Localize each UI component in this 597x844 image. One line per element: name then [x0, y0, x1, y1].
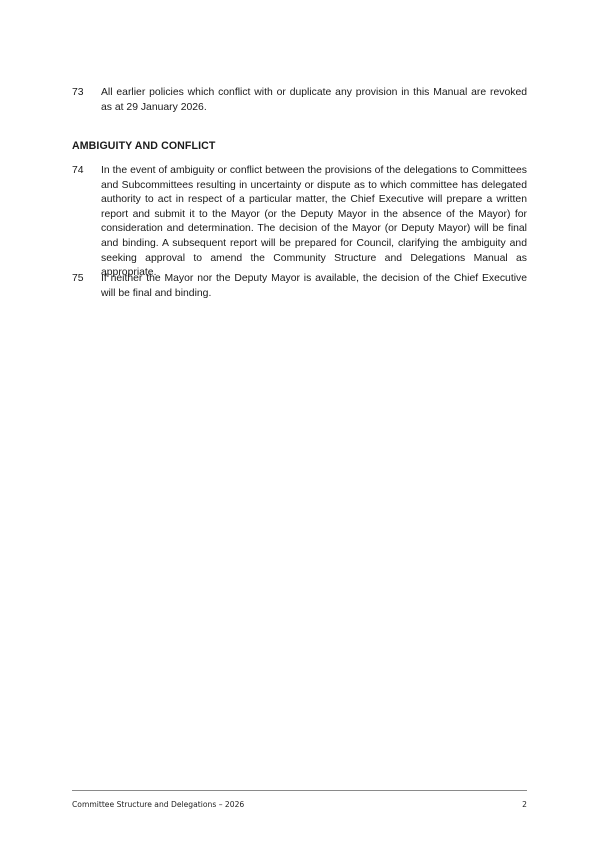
paragraph-number: 75 [72, 272, 100, 287]
paragraph-75: 75 If neither the Mayor nor the Deputy M… [72, 272, 527, 301]
paragraph-73: 73 All earlier policies which conflict w… [72, 86, 527, 115]
paragraph-74: 74 In the event of ambiguity or conflict… [72, 164, 527, 281]
page-number: 2 [522, 800, 527, 809]
paragraph-text: In the event of ambiguity or conflict be… [101, 164, 527, 281]
paragraph-number: 73 [72, 86, 100, 101]
footer-divider [72, 790, 527, 791]
paragraph-text: All earlier policies which conflict with… [101, 86, 527, 115]
footer-title: Committee Structure and Delegations – 20… [72, 800, 244, 809]
paragraph-text: If neither the Mayor nor the Deputy Mayo… [101, 272, 527, 301]
paragraph-number: 74 [72, 164, 100, 179]
section-heading: AMBIGUITY AND CONFLICT [72, 140, 215, 152]
